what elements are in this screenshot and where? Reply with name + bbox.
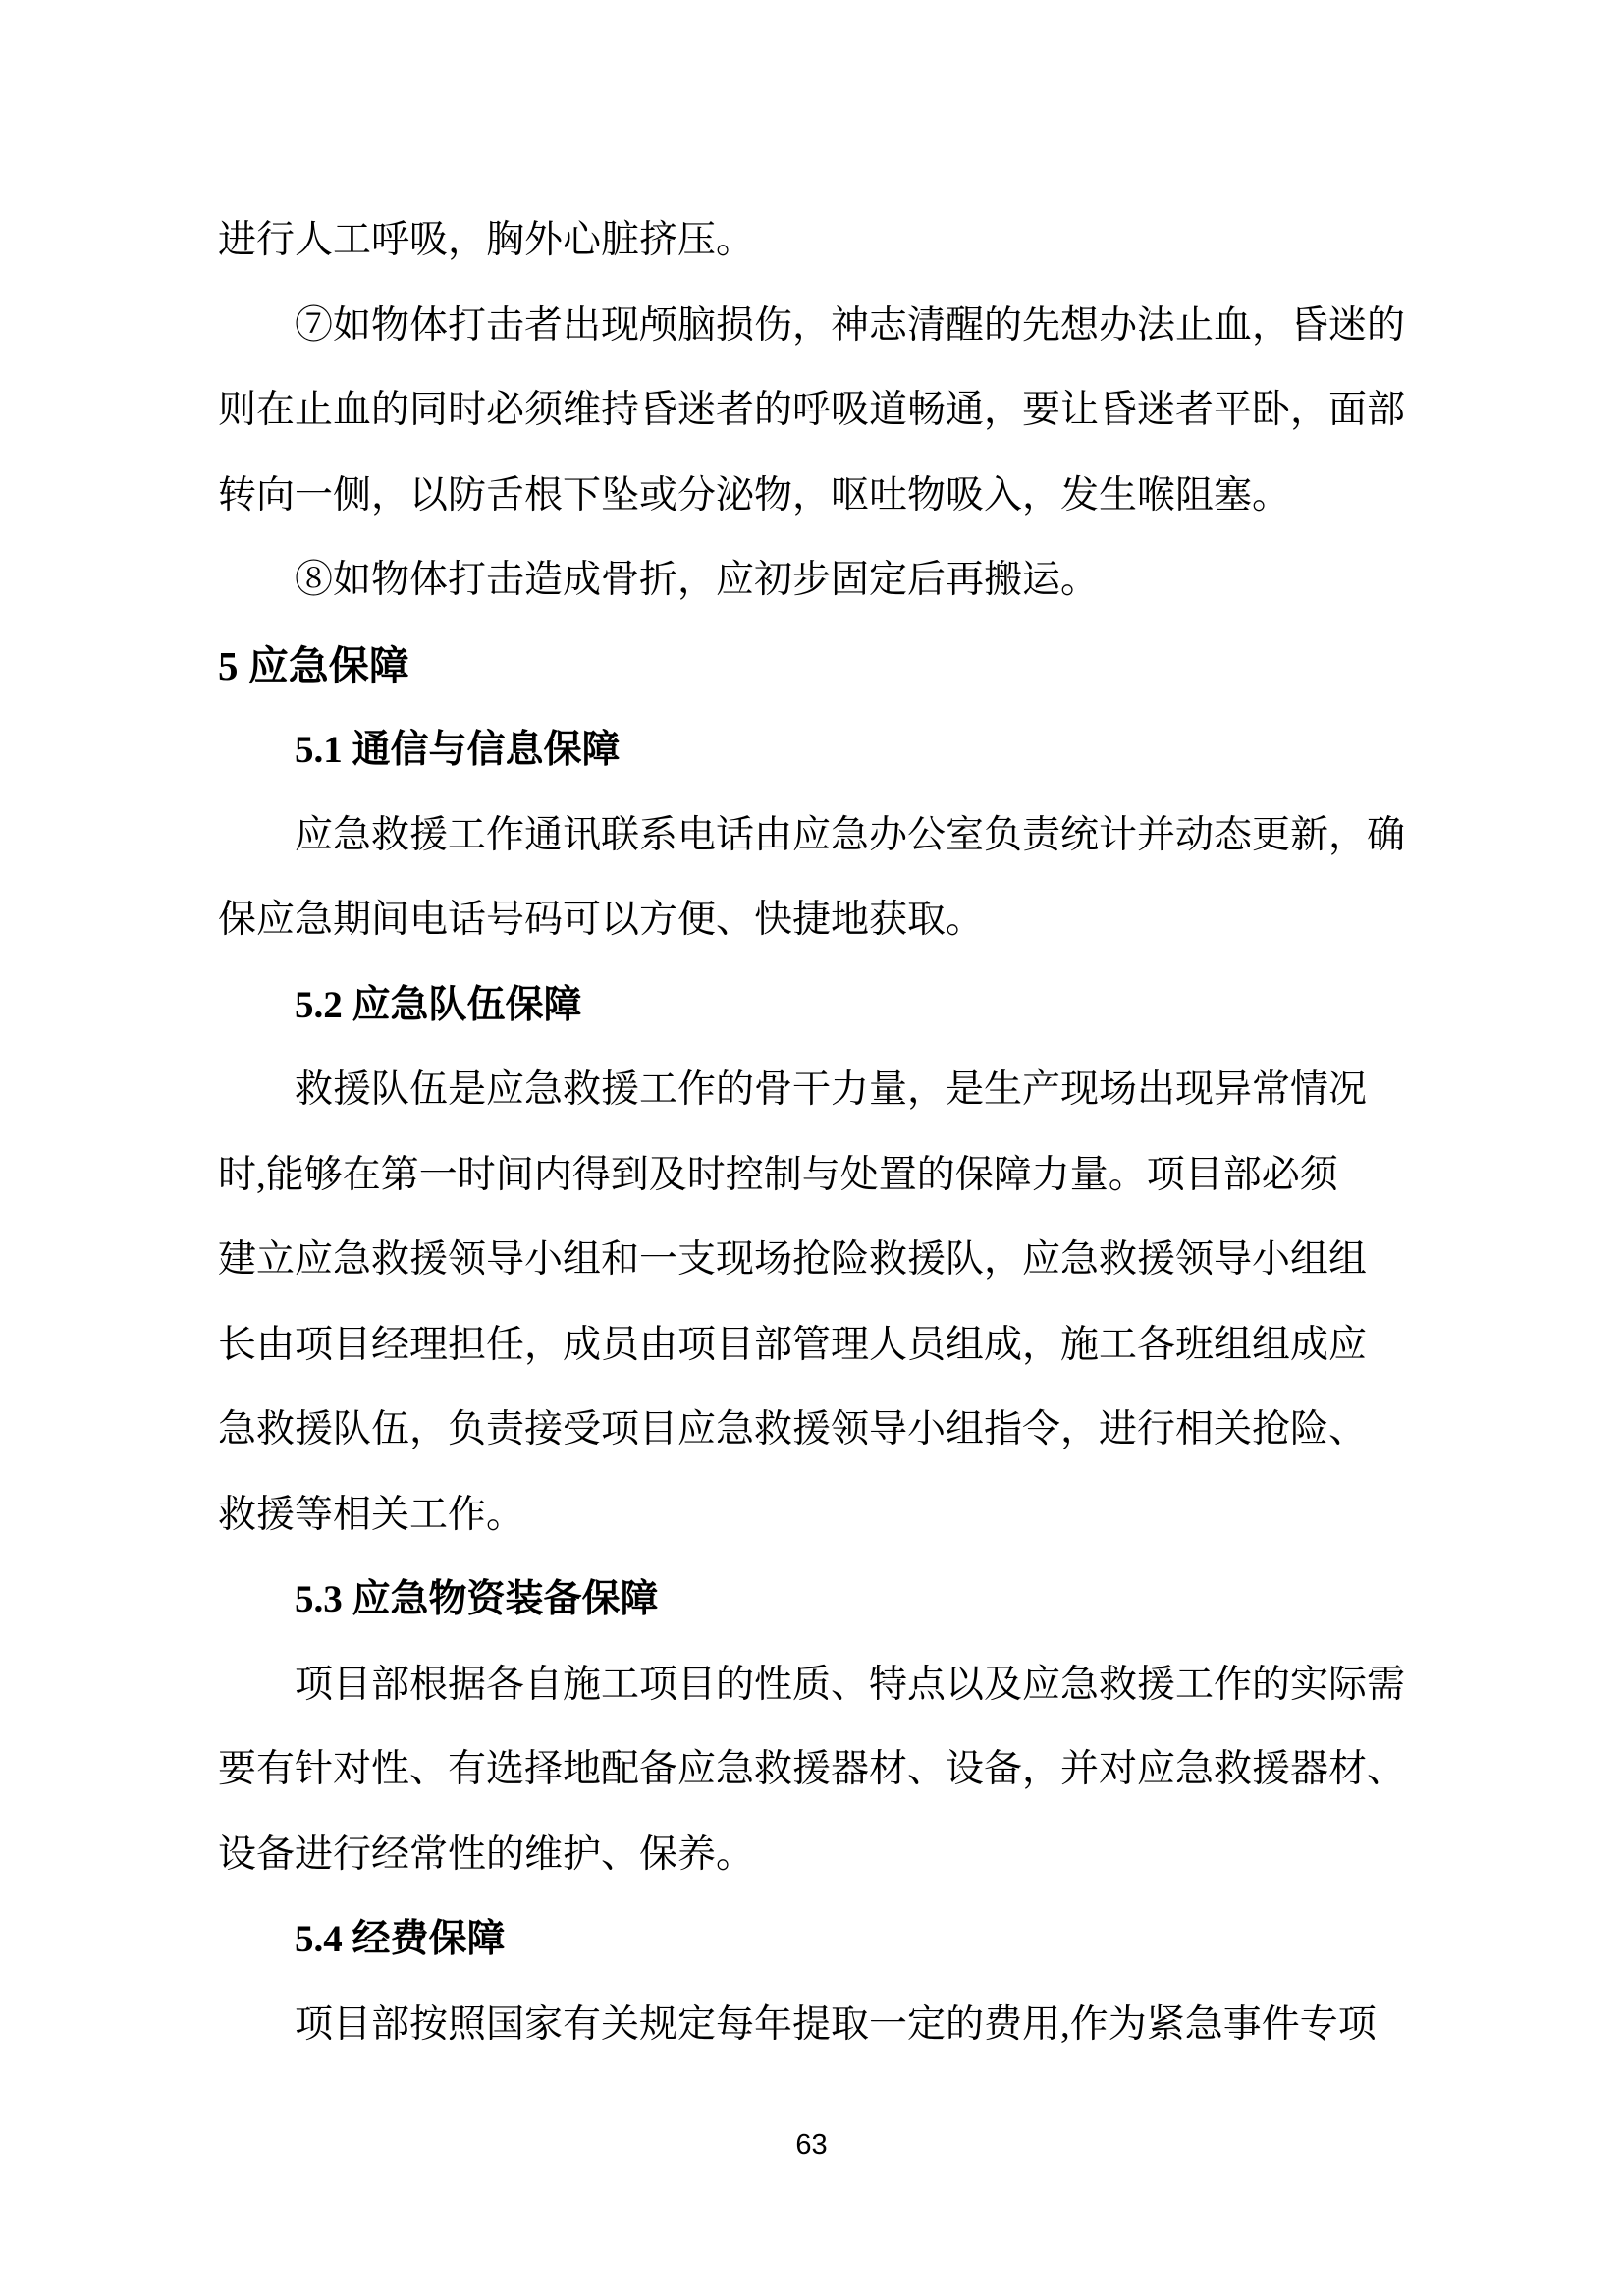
paragraph-line: 建立应急救援领导小组和一支现场抢险救援队，应急救援领导小组组: [218, 1218, 1416, 1303]
paragraph-line: 急救援队伍，负责接受项目应急救援领导小组指令，进行相关抢险、: [218, 1388, 1416, 1473]
section-heading: 5 应急保障: [218, 624, 1416, 709]
subsection-heading: 5.3 应急物资装备保障: [218, 1558, 1416, 1643]
paragraph-line: 长由项目经理担任，成员由项目部管理人员组成，施工各班组组成应: [218, 1303, 1416, 1389]
paragraph-line: 应急救援工作通讯联系电话由应急办公室负责统计并动态更新，确: [218, 793, 1416, 879]
paragraph-line: 进行人工呼吸，胸外心脏挤压。: [218, 198, 1416, 284]
paragraph-line: 项目部根据各自施工项目的性质、特点以及应急救援工作的实际需: [218, 1643, 1416, 1728]
document-page: 进行人工呼吸，胸外心脏挤压。⑦如物体打击者出现颅脑损伤，神志清醒的先想办法止血，…: [0, 0, 1623, 2296]
paragraph-line: 时,能够在第一时间内得到及时控制与处置的保障力量。项目部必须: [218, 1133, 1416, 1219]
paragraph-line: 设备进行经常性的维护、保养。: [218, 1813, 1416, 1898]
paragraph-line: ⑦如物体打击者出现颅脑损伤，神志清醒的先想办法止血，昏迷的: [218, 284, 1416, 369]
paragraph-line: 保应急期间电话号码可以方便、快捷地获取。: [218, 878, 1416, 963]
page-footer: 63: [0, 2127, 1623, 2164]
document-body: 进行人工呼吸，胸外心脏挤压。⑦如物体打击者出现颅脑损伤，神志清醒的先想办法止血，…: [218, 198, 1416, 2067]
paragraph-line: ⑧如物体打击造成骨折，应初步固定后再搬运。: [218, 538, 1416, 624]
subsection-heading: 5.1 通信与信息保障: [218, 708, 1416, 793]
page-number: 63: [795, 2129, 827, 2160]
paragraph-line: 项目部按照国家有关规定每年提取一定的费用,作为紧急事件专项: [218, 1983, 1416, 2068]
subsection-heading: 5.2 应急队伍保障: [218, 963, 1416, 1049]
subsection-heading: 5.4 经费保障: [218, 1897, 1416, 1983]
paragraph-line: 救援队伍是应急救援工作的骨干力量，是生产现场出现异常情况: [218, 1048, 1416, 1133]
paragraph-line: 救援等相关工作。: [218, 1473, 1416, 1558]
paragraph-line: 转向一侧，以防舌根下坠或分泌物，呕吐物吸入，发生喉阻塞。: [218, 454, 1416, 539]
paragraph-line: 则在止血的同时必须维持昏迷者的呼吸道畅通，要让昏迷者平卧，面部: [218, 368, 1416, 454]
paragraph-line: 要有针对性、有选择地配备应急救援器材、设备，并对应急救援器材、: [218, 1727, 1416, 1813]
